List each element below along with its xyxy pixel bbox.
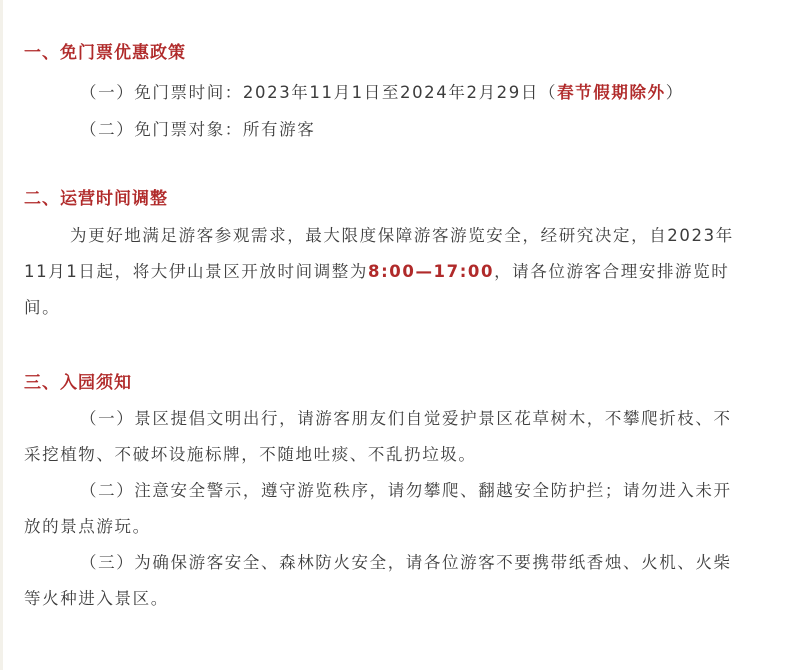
ticket-free-audience: （二）免门票对象：所有游客 — [80, 116, 315, 140]
hours-paragraph-line-2-tail: ，请各位游客合理安排游览时 — [494, 262, 729, 281]
section-heading-entry-notice: 三、入园须知 — [24, 368, 132, 393]
opening-hours-value: 8:00—17:00 — [368, 262, 494, 281]
notice-item-2-line-2: 放的景点游玩。 — [24, 513, 151, 537]
notice-item-1-line-1: （一）景区提倡文明出行，请游客朋友们自觉爱护景区花草树木，不攀爬折枝、不 — [80, 405, 732, 429]
notice-item-1-line-2: 采挖植物、不破坏设施标牌，不随地吐痰、不乱扔垃圾。 — [24, 441, 477, 465]
notice-item-3-line-2: 等火种进入景区。 — [24, 585, 169, 609]
hours-paragraph-line-3: 间。 — [24, 294, 60, 318]
hours-paragraph-line-2: 11月1日起，将大伊山景区开放时间调整为8:00—17:00，请各位游客合理安排… — [24, 258, 729, 282]
section-heading-operating-hours: 二、运营时间调整 — [24, 184, 168, 209]
hours-paragraph-line-1: 为更好地满足游客参观需求，最大限度保障游客游览安全，经研究决定，自2023年 — [70, 222, 734, 246]
spring-festival-exception: 春节假期除外 — [557, 83, 666, 102]
ticket-free-period-text: （一）免门票时间：2023年11月1日至2024年2月29日（ — [80, 83, 557, 102]
page-left-border — [0, 0, 3, 670]
hours-paragraph-line-2-text: 11月1日起，将大伊山景区开放时间调整为 — [24, 262, 368, 281]
notice-item-3-line-1: （三）为确保游客安全、森林防火安全，请各位游客不要携带纸香烛、火机、火柴 — [80, 549, 732, 573]
ticket-free-period-close: ） — [666, 83, 684, 102]
notice-item-2-line-1: （二）注意安全警示，遵守游览秩序，请勿攀爬、翻越安全防护拦；请勿进入未开 — [80, 477, 732, 501]
ticket-free-period: （一）免门票时间：2023年11月1日至2024年2月29日（春节假期除外） — [80, 79, 684, 103]
section-heading-ticket-policy: 一、免门票优惠政策 — [24, 38, 186, 63]
